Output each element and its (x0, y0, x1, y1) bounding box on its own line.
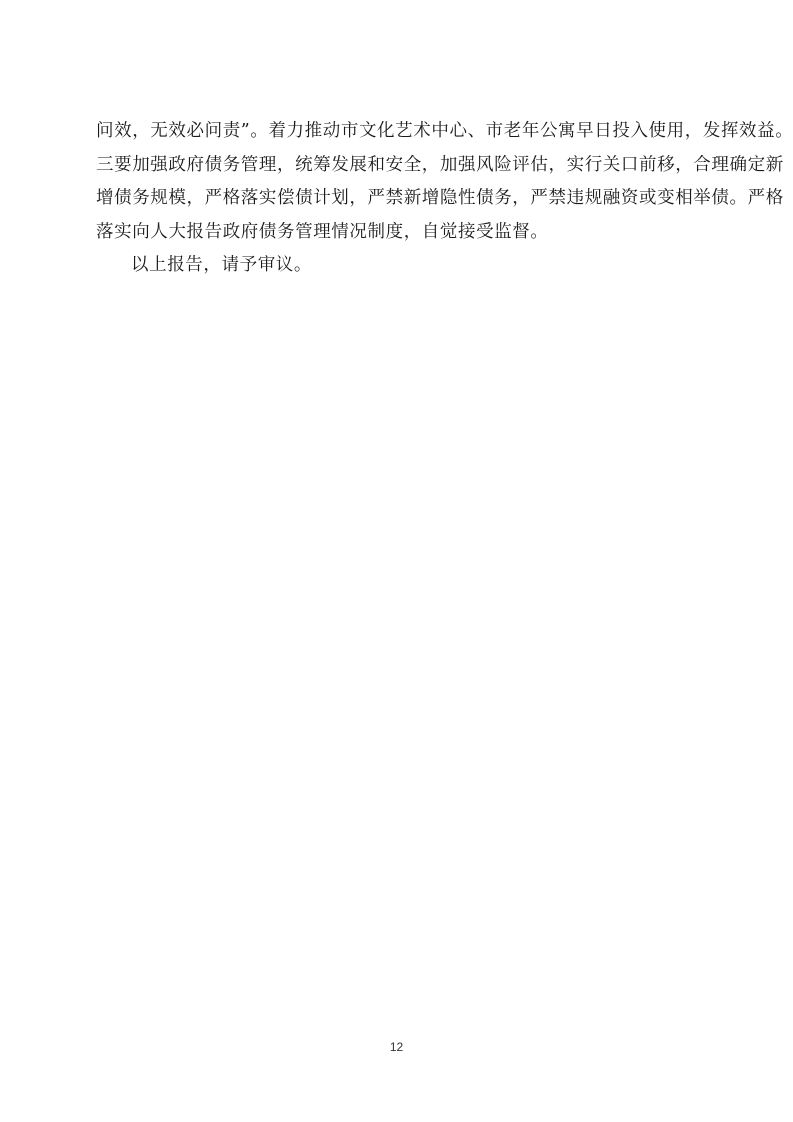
text-line: 三要加强政府债务管理，统筹发展和安全，加强风险评估，实行关口前移，合理确定新 (96, 149, 698, 183)
text-line: 落实向人大报告政府债务管理情况制度，自觉接受监督。 (96, 216, 698, 250)
paragraph-closing: 以上报告，请予审议。 (96, 249, 698, 283)
text-line: 问效，无效必问责”。着力推动市文化艺术中心、市老年公寓早日投入使用，发挥效益。 (96, 115, 698, 149)
page-number: 12 (0, 1040, 793, 1054)
paragraph-debt-management: 问效，无效必问责”。着力推动市文化艺术中心、市老年公寓早日投入使用，发挥效益。 … (96, 115, 698, 249)
text-line: 以上报告，请予审议。 (131, 249, 698, 283)
document-body: 问效，无效必问责”。着力推动市文化艺术中心、市老年公寓早日投入使用，发挥效益。 … (96, 115, 698, 283)
text-line: 增债务规模，严格落实偿债计划，严禁新增隐性债务，严禁违规融资或变相举债。严格 (96, 182, 698, 216)
